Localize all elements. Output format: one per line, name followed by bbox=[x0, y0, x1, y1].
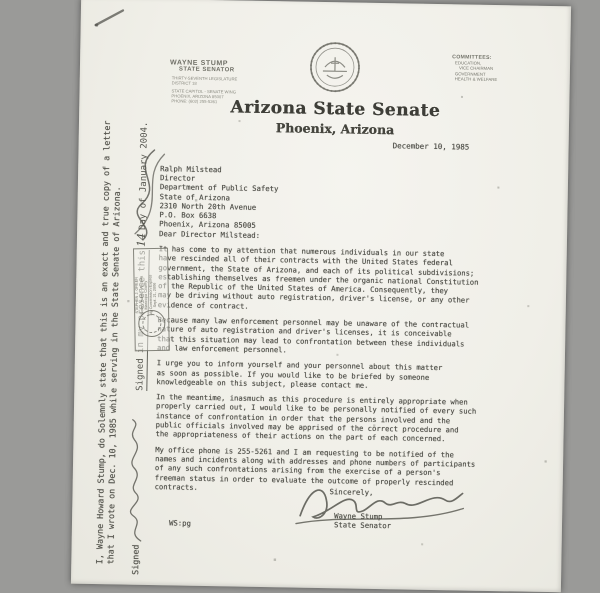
margin-signed-block: Signed bbox=[123, 416, 150, 575]
reference-initials: WS:pg bbox=[169, 518, 191, 527]
witness-scrawl-icon bbox=[123, 144, 173, 245]
recipient-address: Ralph Milstead Director Department of Pu… bbox=[159, 164, 279, 230]
body-paragraph: I urge you to inform yourself and your p… bbox=[156, 358, 496, 392]
letterhead-senator-title: STATE SENATOR bbox=[179, 66, 238, 73]
letterhead-committees: COMMITTEES: EDUCATION, VICE CHAIRMAN GOV… bbox=[452, 54, 498, 82]
pen-mark bbox=[93, 6, 127, 29]
body-paragraph: Because many law enforcement personnel m… bbox=[157, 315, 498, 358]
letterhead-org-name: Arizona State Senate bbox=[219, 97, 451, 121]
date-line: December 10, 1985 bbox=[393, 141, 470, 151]
committee-item: HEALTH & WELFARE bbox=[455, 77, 498, 83]
margin-signature-icon bbox=[124, 416, 150, 544]
notary-stamp: STEPHEN J. GREEN Notary Public - Arizona… bbox=[133, 248, 170, 352]
body-paragraph: In the meantime, inasmuch as this proced… bbox=[155, 392, 496, 444]
closing-title: State Senator bbox=[334, 520, 391, 530]
salutation: Dear Director Milstead: bbox=[159, 229, 260, 240]
letter-body: It has come to my attention that numerou… bbox=[154, 244, 498, 503]
letterhead-org-city: Phoenix, Arizona bbox=[219, 119, 451, 138]
margin-signed-label: Signed bbox=[130, 544, 141, 574]
body-paragraph: It has come to my attention that numerou… bbox=[158, 244, 499, 315]
letter-paper: WAYNE STUMP STATE SENATOR THIRTY-SEVENTH… bbox=[71, 0, 571, 592]
state-seal-icon bbox=[309, 41, 362, 94]
scanned-letter-page: { "letterhead": { "senator_name": "WAYNE… bbox=[0, 0, 600, 593]
